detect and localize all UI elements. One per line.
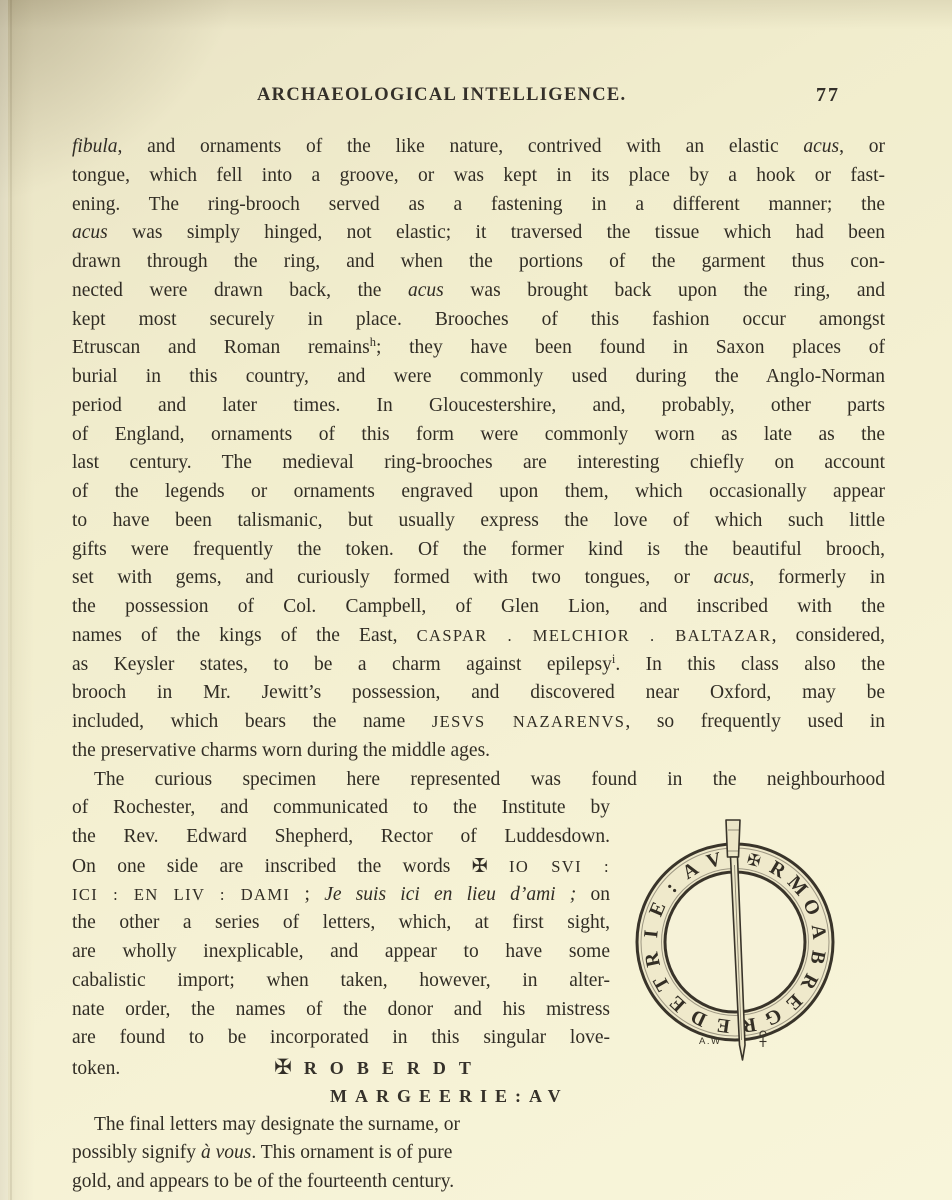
text-segment: tongue, which fell into a groove, or was… [72, 165, 885, 186]
text-segment: JESVS NAZARENVS [432, 712, 626, 731]
engraver-initials: A.W [699, 1036, 721, 1047]
text-line: possibly signify à vous. This ornament i… [72, 1139, 647, 1168]
text-segment: , considered, [772, 625, 885, 646]
text-segment: ; [290, 884, 324, 905]
page-gutter-crease [10, 0, 12, 1200]
text-segment: names of the kings of the East, [72, 625, 417, 646]
text-segment: of England, ornaments of this form were … [72, 424, 885, 445]
text-segment: on [576, 884, 610, 905]
page-left-edge [0, 0, 8, 1200]
text-line: gold, and appears to be of the fourteent… [72, 1168, 647, 1197]
text-line: drawn through the ring, and when the por… [72, 248, 885, 277]
text-line: of England, ornaments of this form were … [72, 421, 885, 450]
text-line: cabalistic import; when taken, however, … [72, 967, 610, 996]
text-line: Etruscan and Roman remainsh; they have b… [72, 334, 885, 363]
text-line: nate order, the names of the donor and h… [72, 996, 610, 1025]
text-line: are found to be incorporated in this sin… [72, 1024, 610, 1053]
text-segment: ✠ [274, 1055, 292, 1079]
text-segment: acus [803, 136, 839, 157]
text-line: The curious specimen here represented wa… [72, 766, 885, 795]
text-segment: On one side are inscribed the words [72, 856, 472, 877]
text-segment: token. [72, 1058, 120, 1079]
text-segment: brooch in Mr. Jewitt’s possession, and d… [72, 682, 885, 703]
text-line: the preservative charms worn during the … [72, 737, 885, 766]
text-segment: gifts were frequently the token. Of the … [72, 539, 885, 560]
text-line: The final letters may designate the surn… [72, 1111, 647, 1140]
text-line: of Rochester, and communicated to the In… [72, 794, 610, 823]
text-segment: of Rochester, and communicated to the In… [72, 797, 610, 818]
text-segment: . In this class also the [615, 654, 885, 675]
text-segment: ROBERDT [304, 1058, 484, 1078]
text-segment: , formerly in [749, 567, 885, 588]
text-segment: nate order, the names of the donor and h… [72, 999, 610, 1020]
text-line: period and later times. In Gloucestershi… [72, 392, 885, 421]
text-segment: as Keysler states, to be a charm against… [72, 654, 612, 675]
text-segment: burial in this country, and were commonl… [72, 366, 885, 387]
inscription-roberdt-line: token.✠ROBERDT [72, 1053, 610, 1082]
text-line: the Rev. Edward Shepherd, Rector of Ludd… [72, 823, 610, 852]
text-segment: was simply hinged, not elastic; it trave… [108, 222, 885, 243]
text-segment: fibula [72, 136, 118, 157]
text-segment: drawn through the ring, and when the por… [72, 251, 885, 272]
text-line: are wholly inexplicable, and appear to h… [72, 938, 610, 967]
text-line: the possession of Col. Campbell, of Glen… [72, 593, 885, 622]
text-line: On one side are inscribed the words ✠ IO… [72, 852, 610, 881]
text-segment: i [612, 652, 615, 666]
text-line: ening. The ring-brooch served as a faste… [72, 191, 885, 220]
text-segment: nected were drawn back, the [72, 280, 408, 301]
text-segment: to have been talismanic, but usually exp… [72, 510, 885, 531]
text-line: brooch in Mr. Jewitt’s possession, and d… [72, 679, 885, 708]
page-number: 77 [816, 84, 840, 107]
text-line: ICI : EN LIV : DAMI ; Je suis ici en lie… [72, 881, 610, 910]
text-segment: set with gems, and curiously formed with… [72, 567, 714, 588]
text-segment: ✠ [472, 855, 488, 877]
text-segment: The curious specimen here represented wa… [94, 769, 885, 790]
text-segment: the other a series of letters, which, at… [72, 912, 610, 933]
text-line: names of the kings of the East, CASPAR .… [72, 622, 885, 651]
text-segment: ICI : EN LIV : DAMI [72, 885, 290, 904]
text-segment: period and later times. In Gloucestershi… [72, 395, 885, 416]
text-line: fibula, and ornaments of the like nature… [72, 133, 885, 162]
text-line: last century. The medieval ring-brooches… [72, 449, 885, 478]
inscription-margeerie-line: MARGEERIE:AV [72, 1082, 610, 1111]
text-segment: are found to be incorporated in this sin… [72, 1027, 610, 1048]
text-segment: cabalistic import; when taken, however, … [72, 970, 610, 991]
text-line: kept most securely in place. Brooches of… [72, 306, 885, 335]
text-segment: was brought back upon the ring, and [444, 280, 885, 301]
text-segment: CASPAR . MELCHIOR . BALTAZAR [417, 626, 772, 645]
text-segment: Etruscan and Roman remains [72, 337, 370, 358]
header-title: ARCHAEOLOGICAL INTELLIGENCE. [257, 85, 626, 106]
text-line: nected were drawn back, the acus was bro… [72, 277, 885, 306]
text-segment: acus [72, 222, 108, 243]
text-segment: , or [839, 136, 885, 157]
brooch-figure: ✠RMOABREGREDETRIE:AV A.W [613, 810, 855, 1078]
text-line: gifts were frequently the token. Of the … [72, 536, 885, 565]
text-segment: are wholly inexplicable, and appear to h… [72, 941, 610, 962]
text-line: to have been talismanic, but usually exp… [72, 507, 885, 536]
text-segment: ; they have been found in Saxon places o… [376, 337, 885, 358]
text-segment: à vous [201, 1142, 251, 1163]
text-segment: , so frequently used in [625, 711, 885, 732]
text-segment: acus [408, 280, 444, 301]
text-segment: ening. The ring-brooch served as a faste… [72, 194, 885, 215]
text-line: tongue, which fell into a groove, or was… [72, 162, 885, 191]
text-segment [488, 856, 509, 877]
text-line: set with gems, and curiously formed with… [72, 564, 885, 593]
text-segment: gold, and appears to be of the fourteent… [72, 1171, 454, 1192]
book-page: ARCHAEOLOGICAL INTELLIGENCE. 77 fibula, … [0, 0, 952, 1200]
text-line: as Keysler states, to be a charm against… [72, 651, 885, 680]
text-segment: of the legends or ornaments engraved upo… [72, 481, 885, 502]
text-segment: included, which bears the name [72, 711, 432, 732]
text-line: burial in this country, and were commonl… [72, 363, 885, 392]
text-line: the other a series of letters, which, at… [72, 909, 610, 938]
text-line: of the legends or ornaments engraved upo… [72, 478, 885, 507]
text-segment: kept most securely in place. Brooches of… [72, 309, 885, 330]
running-header: ARCHAEOLOGICAL INTELLIGENCE. 77 [0, 85, 952, 111]
text-segment: The final letters may designate the surn… [94, 1114, 460, 1135]
text-segment: IO SVI : [509, 857, 610, 876]
text-segment: MARGEERIE:AV [330, 1086, 569, 1106]
text-line: acus was simply hinged, not elastic; it … [72, 219, 885, 248]
text-segment: h [370, 335, 376, 349]
text-segment: possibly signify [72, 1142, 201, 1163]
text-segment: the preservative charms worn during the … [72, 740, 490, 761]
text-segment: the Rev. Edward Shepherd, Rector of Ludd… [72, 826, 610, 847]
text-line: included, which bears the name JESVS NAZ… [72, 708, 885, 737]
text-segment: last century. The medieval ring-brooches… [72, 452, 885, 473]
text-segment: the possession of Col. Campbell, of Glen… [72, 596, 885, 617]
text-segment: Je suis ici en lieu d’ami ; [324, 884, 576, 905]
text-segment: , and ornaments of the like nature, cont… [118, 136, 804, 157]
text-segment: acus [714, 567, 750, 588]
text-segment: . This ornament is of pure [251, 1142, 452, 1163]
